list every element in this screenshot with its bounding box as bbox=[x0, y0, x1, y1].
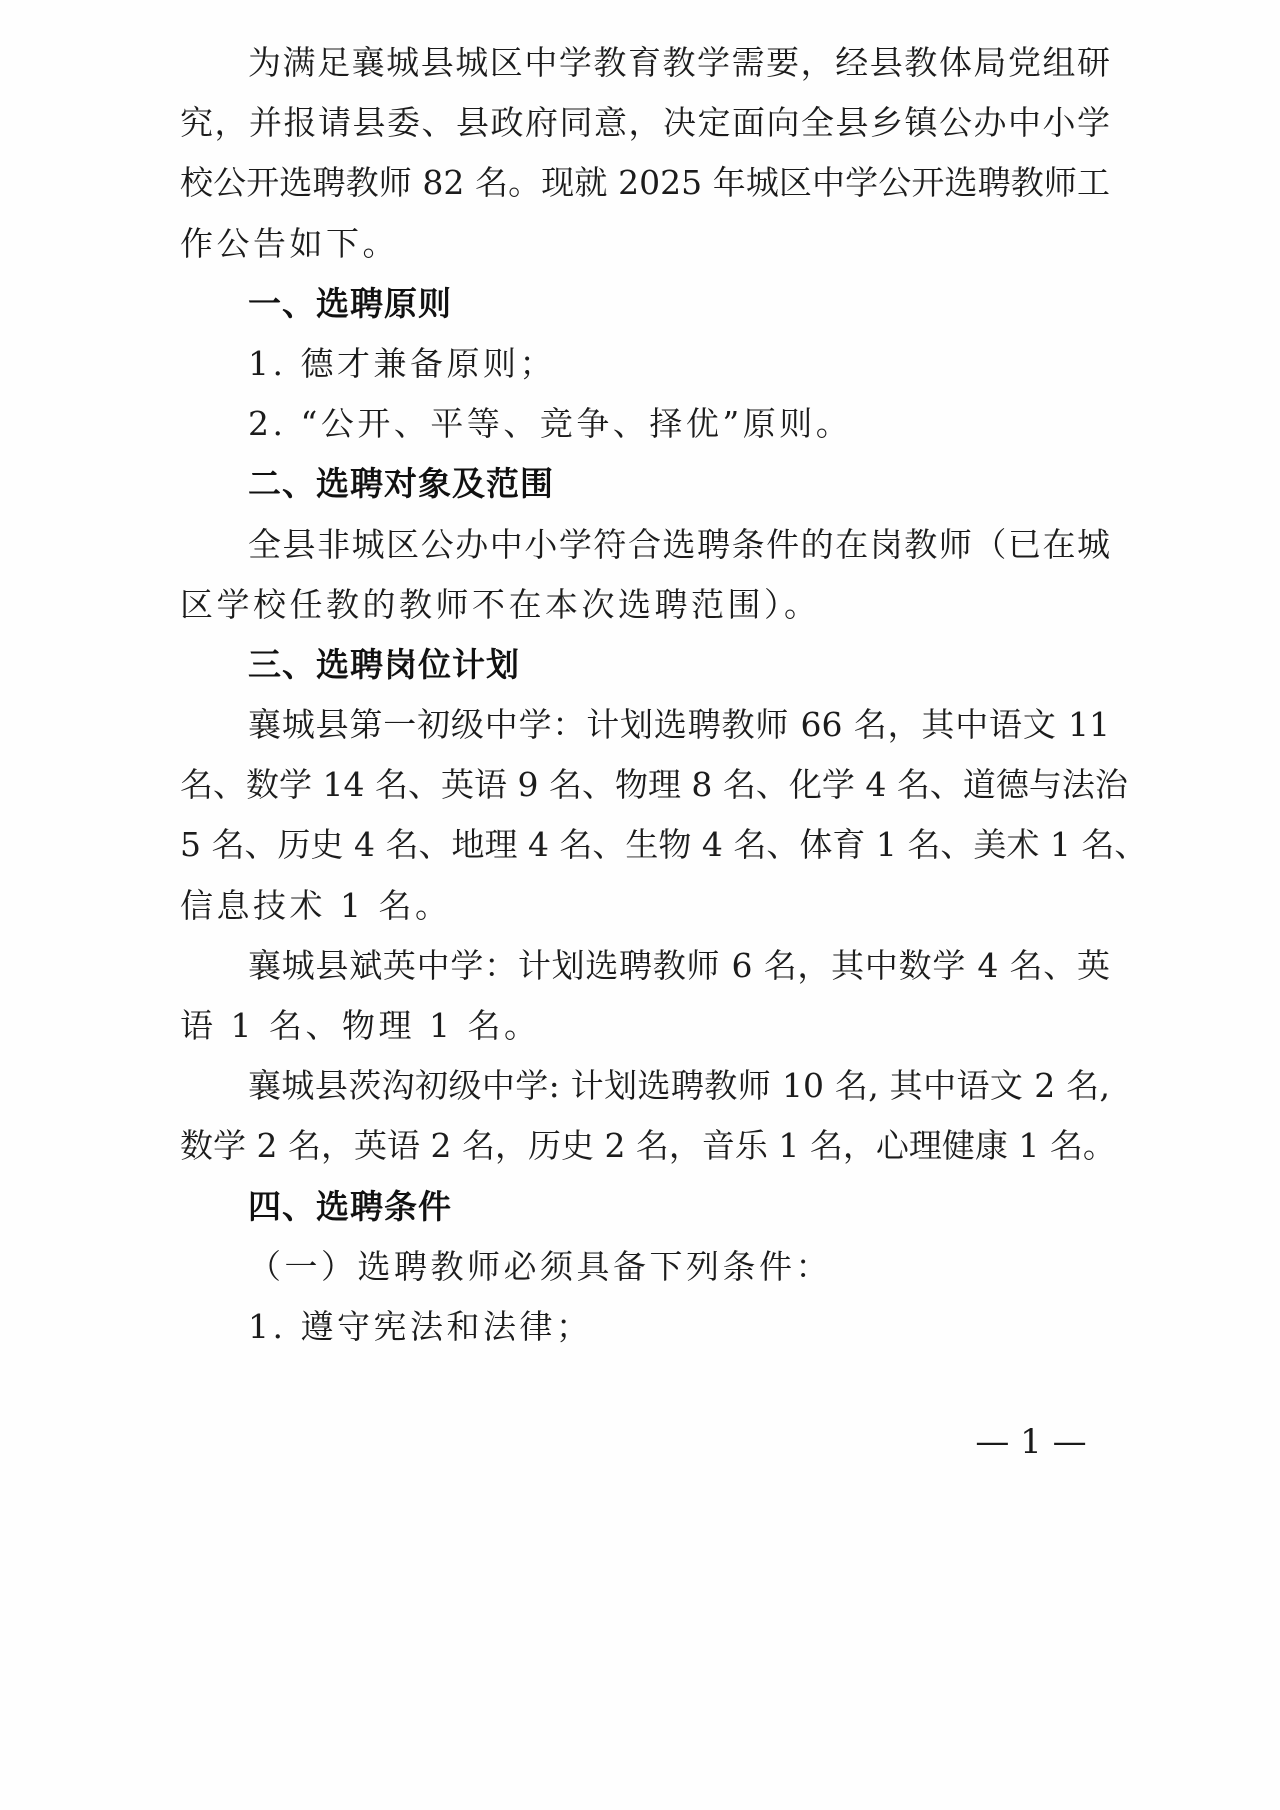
subsection-heading: （一）选聘教师必须具备下列条件： bbox=[180, 1237, 1110, 1297]
list-item: 1. 遵守宪法和法律； bbox=[180, 1297, 1110, 1357]
school-paragraph-binying: 襄城县斌英中学：计划选聘教师 6 名，其中数学 4 名、英 语 1 名、物理 1… bbox=[180, 936, 1110, 1056]
text-line: 作公告如下。 bbox=[180, 214, 1110, 274]
section-heading: 一、选聘原则 bbox=[180, 274, 1110, 334]
text-line: 校公开选聘教师 82 名。现就 2025 年城区中学公开选聘教师工 bbox=[180, 153, 1110, 213]
document-body: 为满足襄城县城区中学教育教学需要，经县教体局党组研 究，并报请县委、县政府同意，… bbox=[180, 33, 1110, 1357]
list-item: 1. 德才兼备原则； bbox=[180, 334, 1110, 394]
school-paragraph-first-middle: 襄城县第一初级中学：计划选聘教师 66 名，其中语文 11 名、数学 14 名、… bbox=[180, 695, 1110, 936]
text-line: 究，并报请县委、县政府同意，决定面向全县乡镇公办中小学 bbox=[180, 93, 1110, 153]
text-line: 名、数学 14 名、英语 9 名、物理 8 名、化学 4 名、道德与法治 bbox=[180, 755, 1110, 815]
text-line: 5 名、历史 4 名、地理 4 名、生物 4 名、体育 1 名、美术 1 名、 bbox=[180, 815, 1110, 875]
school-paragraph-cigou: 襄城县茨沟初级中学: 计划选聘教师 10 名, 其中语文 2 名, 数学 2 名… bbox=[180, 1056, 1110, 1176]
list-item: 2. “公开、平等、竞争、择优”原则。 bbox=[180, 394, 1110, 454]
section-positions: 三、选聘岗位计划 襄城县第一初级中学：计划选聘教师 66 名，其中语文 11 名… bbox=[180, 635, 1110, 1177]
section-heading: 三、选聘岗位计划 bbox=[180, 635, 1110, 695]
page-number: — 1 — bbox=[975, 1420, 1087, 1464]
document-page: 为满足襄城县城区中学教育教学需要，经县教体局党组研 究，并报请县委、县政府同意，… bbox=[0, 0, 1280, 1810]
text-line: 数学 2 名，英语 2 名，历史 2 名，音乐 1 名，心理健康 1 名。 bbox=[180, 1116, 1110, 1176]
text-line: 区学校任教的教师不在本次选聘范围）。 bbox=[180, 575, 1110, 635]
section-heading: 四、选聘条件 bbox=[180, 1177, 1110, 1237]
text-line: 襄城县茨沟初级中学: 计划选聘教师 10 名, 其中语文 2 名, bbox=[180, 1056, 1110, 1116]
text-line: 全县非城区公办中小学符合选聘条件的在岗教师（已在城 bbox=[180, 515, 1110, 575]
text-line: 语 1 名、物理 1 名。 bbox=[180, 996, 1110, 1056]
text-line: 襄城县第一初级中学：计划选聘教师 66 名，其中语文 11 bbox=[180, 695, 1110, 755]
section-principles: 一、选聘原则 1. 德才兼备原则； 2. “公开、平等、竞争、择优”原则。 bbox=[180, 274, 1110, 455]
section-conditions: 四、选聘条件 （一）选聘教师必须具备下列条件： 1. 遵守宪法和法律； bbox=[180, 1177, 1110, 1358]
section-heading: 二、选聘对象及范围 bbox=[180, 454, 1110, 514]
intro-paragraph: 为满足襄城县城区中学教育教学需要，经县教体局党组研 究，并报请县委、县政府同意，… bbox=[180, 33, 1110, 274]
text-line: 襄城县斌英中学：计划选聘教师 6 名，其中数学 4 名、英 bbox=[180, 936, 1110, 996]
text-line: 为满足襄城县城区中学教育教学需要，经县教体局党组研 bbox=[180, 33, 1110, 93]
text-line: 信息技术 1 名。 bbox=[180, 876, 1110, 936]
section-scope: 二、选聘对象及范围 全县非城区公办中小学符合选聘条件的在岗教师（已在城 区学校任… bbox=[180, 454, 1110, 635]
